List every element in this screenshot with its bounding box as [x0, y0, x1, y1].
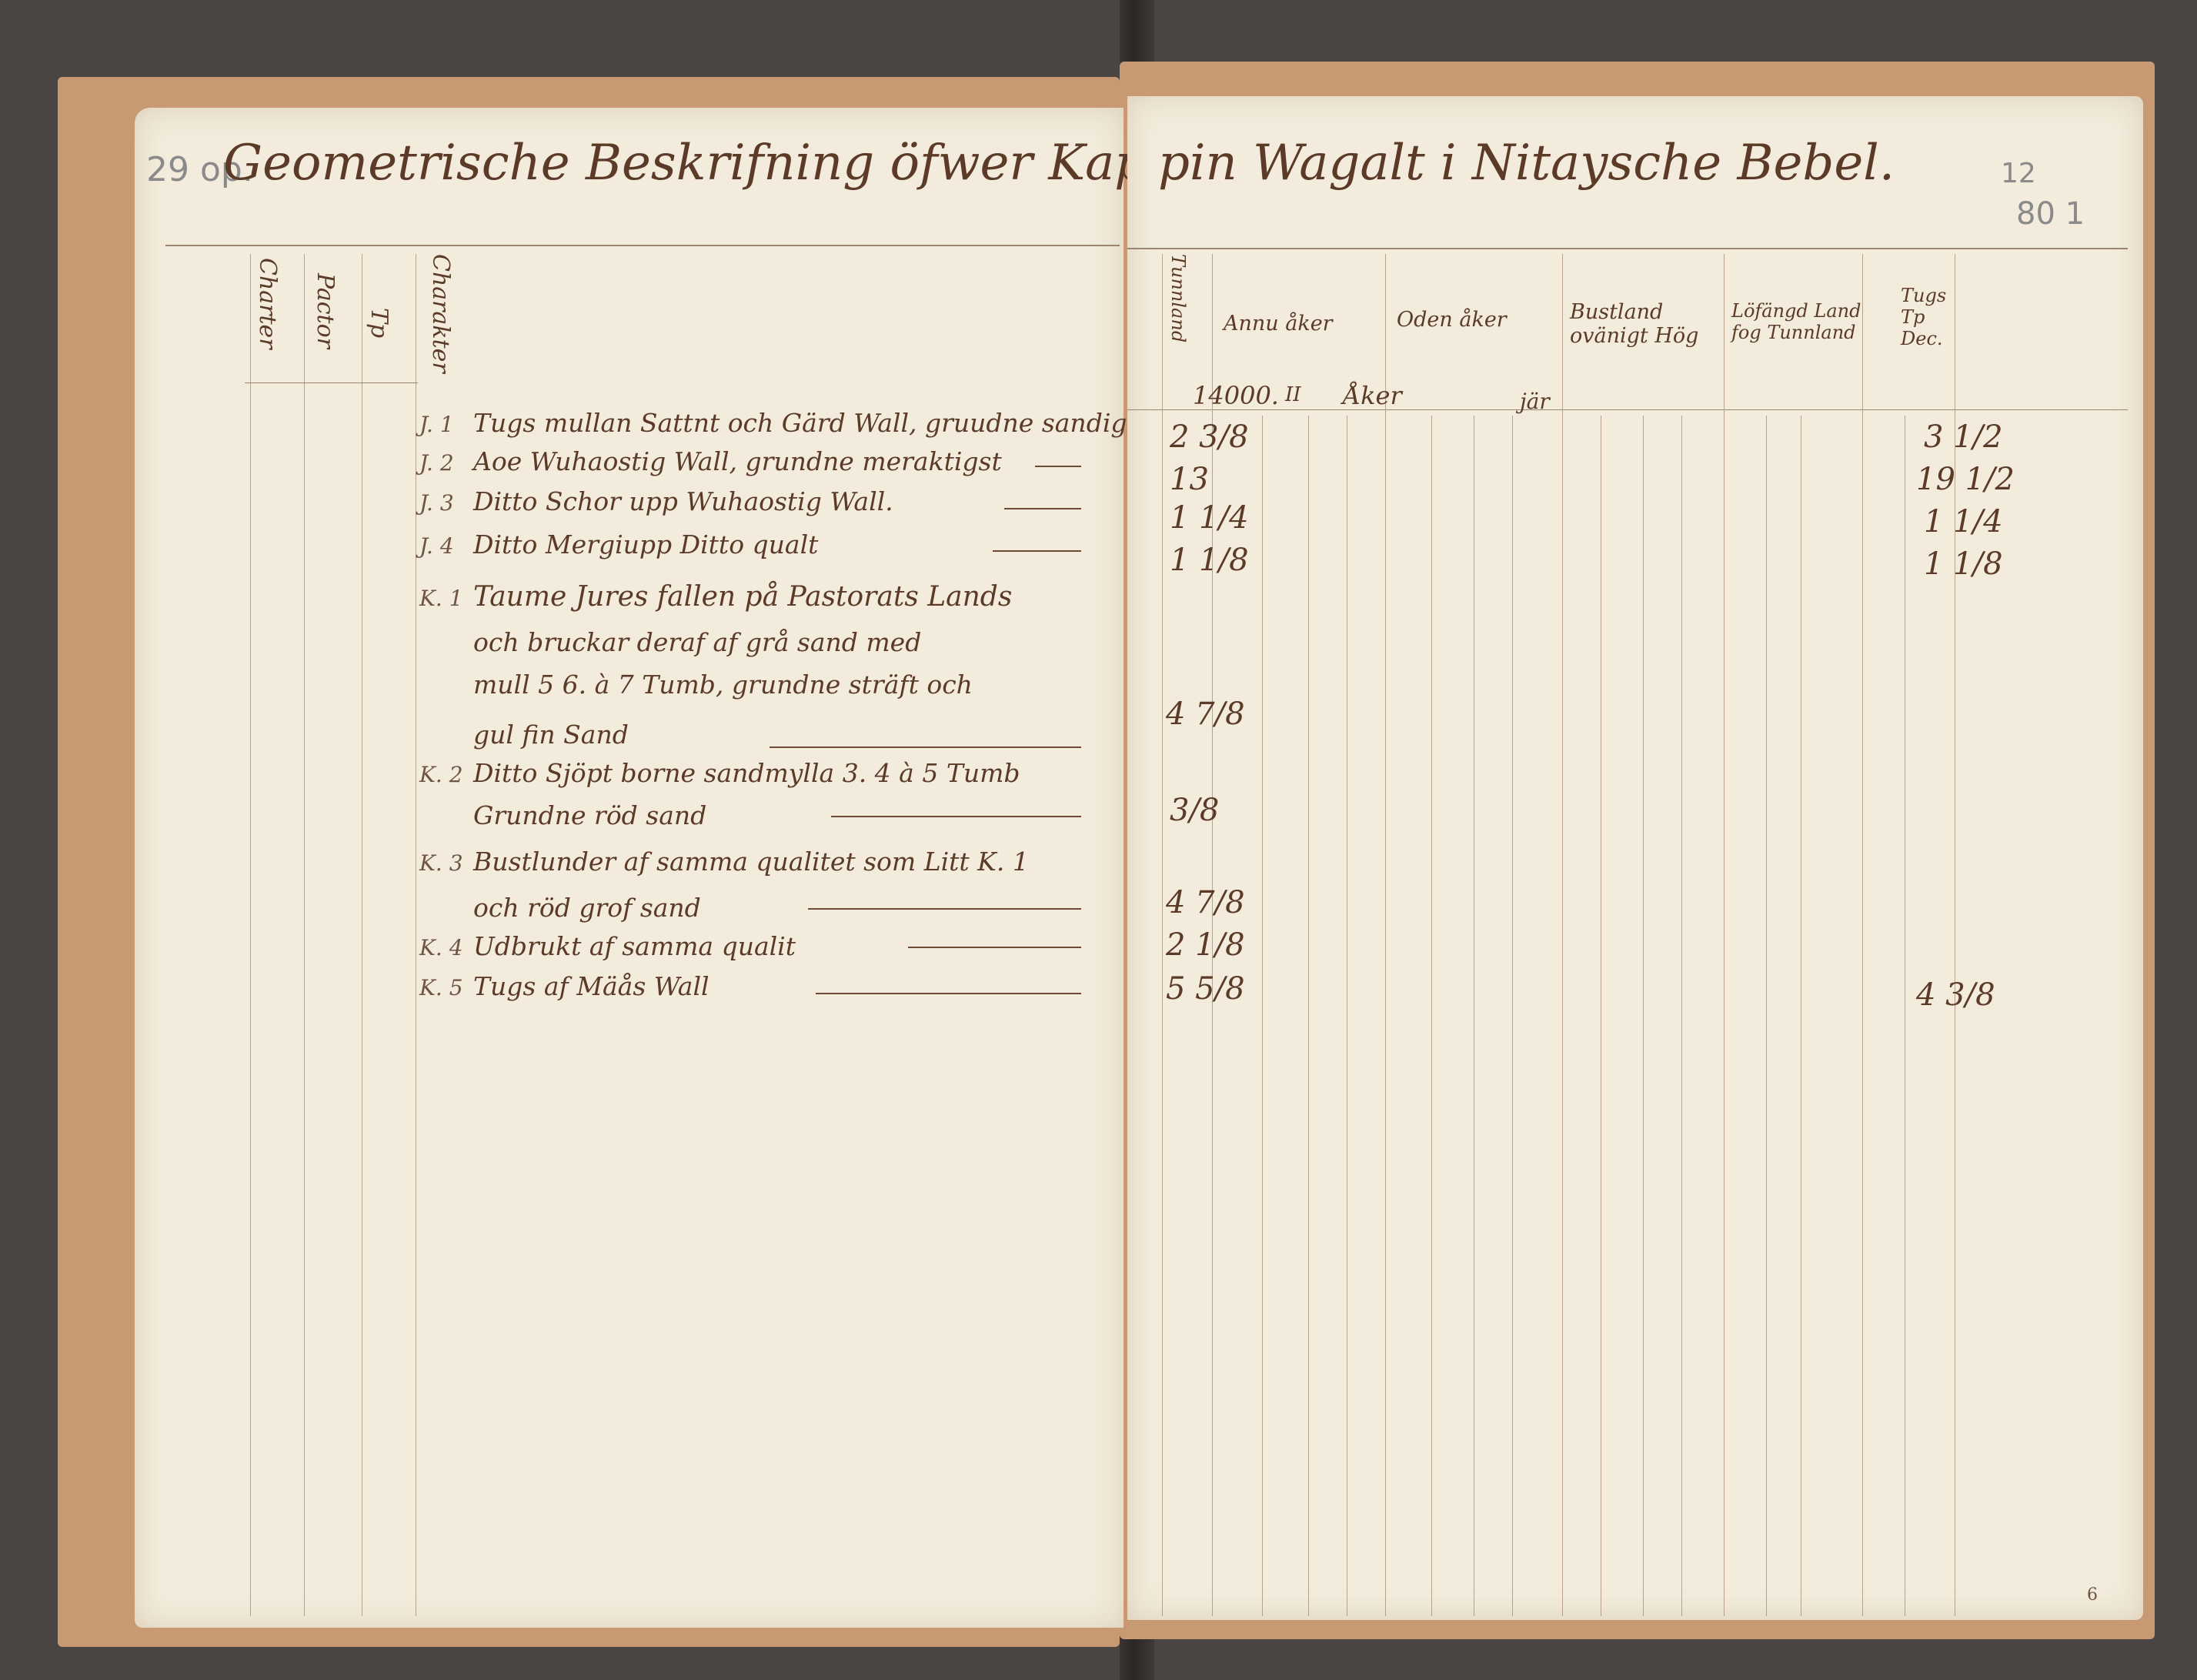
pen-dash: [908, 947, 1081, 948]
entry-row: K. 4Udbrukt af samma qualit: [419, 931, 796, 961]
title-left-part: Geometrische Beskrifning öfwer Kap: [223, 135, 1146, 192]
pen-dash: [808, 908, 1081, 910]
column-header-tunnland: Tunnland: [1167, 254, 1189, 342]
column-header-tp: Tp: [366, 308, 392, 338]
entry-row: J. 3Ditto Schor upp Wuhaostig Wall.: [419, 486, 893, 516]
pencil-annotation-top-right-upper: 12: [2001, 158, 2036, 189]
entry-ref: J. 1: [419, 412, 473, 437]
column-rule: [304, 254, 305, 1616]
column-rule: [1512, 416, 1513, 1616]
pen-dash: [770, 746, 1081, 748]
entry-row: K. 2Ditto Sjöpt borne sandmylla 3. 4 à 5…: [419, 758, 1020, 788]
column-header-pactor: Pactor: [312, 273, 339, 349]
entry-row: J. 2Aoe Wuhaostig Wall, grundne meraktig…: [419, 446, 1002, 476]
column-header-lofangd: Löfängd Land fog Tunnland: [1731, 300, 1862, 343]
entry-text: Ditto Schor upp Wuhaostig Wall.: [473, 486, 893, 516]
column-header-charakter: Charakter: [427, 254, 454, 373]
entry-ref: K. 5: [419, 975, 473, 1000]
entry-text: mull 5 6. à 7 Tumb, grundne sträft och: [473, 670, 973, 700]
entry-text: Tugs mullan Sattnt och Gärd Wall, gruudn…: [473, 408, 1140, 438]
subheader-marker: II: [1285, 383, 1301, 406]
entry-text: Udbrukt af samma qualit: [473, 931, 796, 961]
column-rule: [1562, 254, 1563, 1616]
tugs-value: 19 1/2: [1916, 462, 2015, 497]
column-rule: [1385, 254, 1386, 1616]
subheader-col2: Åker: [1343, 381, 1402, 410]
tunnland-value: 13: [1170, 462, 1209, 497]
tunnland-value: 2 3/8: [1170, 419, 1249, 455]
entry-text: gul fin Sand: [473, 720, 629, 750]
entry-text: Aoe Wuhaostig Wall, grundne meraktigst: [473, 446, 1002, 476]
column-rule: [250, 254, 251, 1616]
header-rule: [245, 382, 418, 383]
column-rule: [1347, 416, 1347, 1616]
tunnland-value: 4 7/8: [1166, 696, 1245, 732]
entry-row: J. 4Ditto Mergiupp Ditto qualt: [419, 529, 818, 559]
column-rule: [1955, 254, 1955, 1616]
entry-row: gul fin Sand: [419, 720, 629, 750]
tugs-value: 3 1/2: [1924, 419, 2003, 455]
column-header-bustland: Bustland ovänigt Hög: [1570, 300, 1716, 348]
column-rule: [1724, 254, 1725, 1616]
entry-ref: J. 3: [419, 490, 473, 516]
entry-ref: K. 2: [419, 762, 473, 787]
column-rule: [1308, 416, 1309, 1616]
entry-row: J. 1Tugs mullan Sattnt och Gärd Wall, gr…: [419, 408, 1140, 438]
column-rule: [1474, 416, 1474, 1616]
entry-ref: K. 3: [419, 850, 473, 876]
column-rule: [362, 254, 362, 1616]
pen-dash: [831, 816, 1081, 817]
tunnland-value: 1 1/8: [1170, 543, 1249, 578]
title-underline-right: [1127, 248, 2128, 249]
entry-ref: K. 4: [419, 935, 473, 960]
page-number: 6: [2087, 1585, 2098, 1605]
tunnland-value: 2 1/8: [1166, 927, 1245, 963]
tunnland-value: 4 7/8: [1166, 885, 1245, 920]
entry-row: och bruckar deraf af grå sand med: [419, 627, 921, 657]
column-rule: [1801, 416, 1801, 1616]
entry-ref: J. 2: [419, 450, 473, 476]
subheader-total: 14000.: [1193, 381, 1279, 410]
column-rule: [416, 254, 416, 1616]
column-rule: [1162, 254, 1163, 1616]
tunnland-value: 5 5/8: [1166, 971, 1245, 1007]
column-header-oden-aker: Oden åker: [1397, 308, 1507, 332]
tugs-value: 4 3/8: [1916, 977, 1995, 1013]
column-header-charter: Charter: [254, 258, 281, 349]
entry-text: och röd grof sand: [473, 893, 701, 923]
column-rule: [1862, 254, 1863, 1616]
entry-text: Taume Jures fallen på Pastorats Lands: [473, 581, 1012, 613]
column-rule: [1262, 416, 1263, 1616]
pen-dash: [1004, 508, 1081, 509]
column-header-tugs: Tugs Tp Dec.: [1901, 285, 1955, 349]
pen-dash: [816, 993, 1081, 994]
entry-text: Ditto Mergiupp Ditto qualt: [473, 529, 818, 559]
column-rule: [1601, 416, 1601, 1616]
tunnland-value: 3/8: [1170, 793, 1219, 828]
title-right-part: pin Wagalt i Nitaysche Bebel.: [1158, 135, 1895, 192]
entry-text: Ditto Sjöpt borne sandmylla 3. 4 à 5 Tum…: [473, 758, 1020, 788]
column-rule: [1643, 416, 1644, 1616]
entry-text: och bruckar deraf af grå sand med: [473, 627, 921, 657]
subheader-col3: jär: [1520, 389, 1550, 414]
pen-dash: [1035, 466, 1081, 467]
entry-ref: K. 1: [419, 586, 473, 611]
title-underline-left: [165, 245, 1120, 246]
tunnland-value: 1 1/4: [1170, 500, 1249, 536]
entry-row: Grundne röd sand: [419, 800, 706, 830]
column-rule: [1766, 416, 1767, 1616]
entry-row: och röd grof sand: [419, 893, 701, 923]
entry-row: K. 5Tugs af Mäås Wall: [419, 971, 710, 1001]
tugs-value: 1 1/4: [1924, 504, 2003, 539]
column-header-annu-aker: Annu åker: [1224, 312, 1333, 336]
entry-row: mull 5 6. à 7 Tumb, grundne sträft och: [419, 670, 973, 700]
pencil-annotation-top-right-lower: 80 1: [2016, 196, 2085, 232]
column-rule: [1681, 416, 1682, 1616]
column-rule: [1431, 416, 1432, 1616]
entry-text: Tugs af Mäås Wall: [473, 971, 710, 1001]
entry-ref: J. 4: [419, 533, 473, 559]
tugs-value: 1 1/8: [1924, 546, 2003, 582]
entry-row: K. 3Bustlunder af samma qualitet som Lit…: [419, 847, 1029, 877]
column-rule: [1905, 416, 1905, 1616]
entry-text: Bustlunder af samma qualitet som Litt K.…: [473, 847, 1029, 877]
pen-dash: [993, 550, 1081, 552]
entry-text: Grundne röd sand: [473, 800, 706, 830]
entry-row: K. 1Taume Jures fallen på Pastorats Land…: [419, 581, 1012, 613]
